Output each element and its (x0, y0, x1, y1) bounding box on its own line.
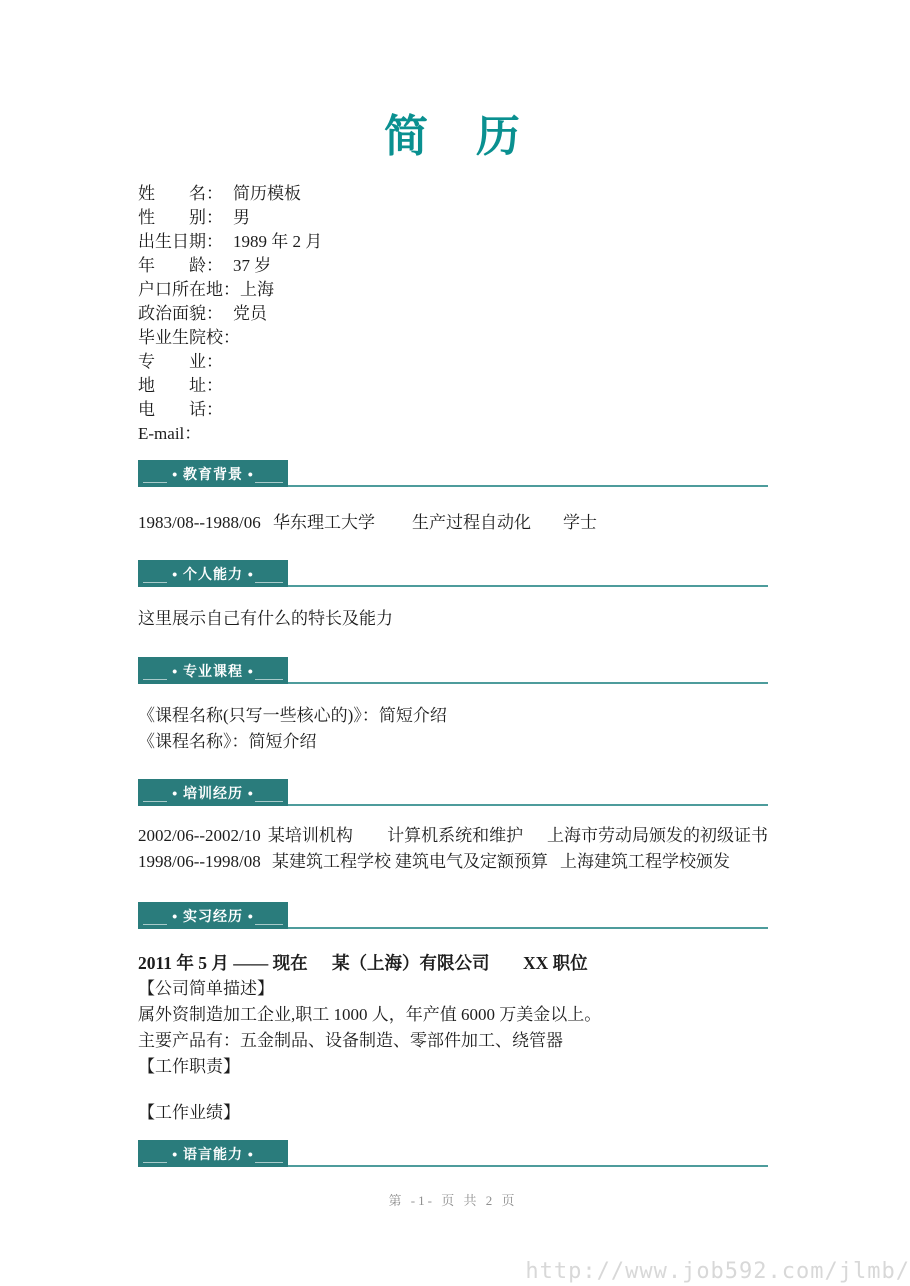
training-cert: 上海建筑工程学校颁发 (560, 849, 730, 875)
info-label: 年 龄： (138, 254, 233, 278)
training-list: 2002/06--2002/10 某培训机构 计算机系统和维护 上海市劳动局颁发… (138, 823, 768, 875)
training-period: 1998/06--1998/08 (138, 849, 272, 875)
info-value: 1989 年 2 月 (233, 232, 322, 251)
education-degree: 学士 (563, 511, 597, 535)
section-title-education: • 教育背景 • (172, 464, 254, 484)
info-value: 党员 (233, 304, 267, 323)
section-header-internship: • 实习经历 • (138, 904, 768, 929)
achievements-header: 【工作业绩】 (138, 1100, 768, 1126)
info-label: E-mail： (138, 422, 233, 446)
education-period: 1983/08--1988/06 (138, 511, 273, 535)
section-header-education: • 教育背景 • (138, 462, 768, 487)
section-bar-language: • 语言能力 • (138, 1140, 288, 1167)
info-row-birthdate: 出生日期：1989 年 2 月 (138, 230, 768, 254)
training-course: 计算机系统和维护 (387, 823, 547, 849)
internship-period: 2011 年 5 月 —— 现在 (138, 950, 332, 976)
internship-details: 【公司简单描述】 属外资制造加工企业,职工 1000 人，年产值 6000 万美… (138, 976, 768, 1126)
section-header-training: • 培训经历 • (138, 781, 768, 806)
info-value: 上海 (240, 280, 274, 299)
company-desc-line: 属外资制造加工企业,职工 1000 人，年产值 6000 万美金以上。 (138, 1002, 768, 1028)
section-title-training: • 培训经历 • (172, 783, 254, 803)
info-label: 出生日期： (138, 230, 233, 254)
info-row-political-status: 政治面貌：党员 (138, 302, 768, 326)
education-major: 生产过程自动化 (412, 511, 563, 535)
training-cert: 上海市劳动局颁发的初级证书 (547, 823, 768, 849)
section-bar-internship: • 实习经历 • (138, 902, 288, 929)
training-course: 建筑电气及定额预算 (395, 849, 560, 875)
ability-text: 这里展示自己有什么的特长及能力 (138, 607, 768, 631)
training-row: 2002/06--2002/10 某培训机构 计算机系统和维护 上海市劳动局颁发… (138, 823, 768, 849)
course-list: 《课程名称(只写一些核心的)》：简短介绍 《课程名称》：简短介绍 (138, 703, 768, 755)
course-line: 《课程名称》：简短介绍 (138, 729, 768, 755)
info-label: 户口所在地： (138, 278, 240, 302)
page-number-footer: 第 -1- 页 共 2 页 (138, 1190, 768, 1209)
company-desc-line: 主要产品有：五金制品、设备制造、零部件加工、绕管器 (138, 1028, 768, 1054)
education-school: 华东理工大学 (273, 511, 412, 535)
training-period: 2002/06--2002/10 (138, 823, 268, 849)
info-label: 姓 名： (138, 182, 233, 206)
info-label: 政治面貌： (138, 302, 233, 326)
info-value: 简历模板 (233, 184, 301, 203)
section-bar-courses: • 专业课程 • (138, 657, 288, 684)
watermark-url: http://www.job592.com/jlmb/ (525, 1259, 910, 1284)
blank-line (138, 1080, 768, 1100)
info-row-major: 专 业： (138, 350, 768, 374)
resume-content: 简 历 姓 名：简历模板 性 别：男 出生日期：1989 年 2 月 年 龄：3… (138, 0, 768, 1167)
info-label: 毕业生院校： (138, 326, 240, 350)
internship-header-row: 2011 年 5 月 —— 现在 某（上海）有限公司 XX 职位 (138, 950, 768, 976)
info-row-phone: 电 话： (138, 398, 768, 422)
internship-position: XX 职位 (523, 950, 588, 976)
section-bar-education: • 教育背景 • (138, 460, 288, 487)
section-title-internship: • 实习经历 • (172, 906, 254, 926)
personal-info-list: 姓 名：简历模板 性 别：男 出生日期：1989 年 2 月 年 龄：37 岁 … (138, 182, 768, 446)
info-row-name: 姓 名：简历模板 (138, 182, 768, 206)
info-value: 男 (233, 208, 250, 227)
section-header-ability: • 个人能力 • (138, 562, 768, 587)
training-org: 某建筑工程学校 (272, 849, 395, 875)
training-org: 某培训机构 (268, 823, 387, 849)
info-row-address: 地 址： (138, 374, 768, 398)
section-title-courses: • 专业课程 • (172, 661, 254, 681)
info-row-school: 毕业生院校： (138, 326, 768, 350)
section-header-language: • 语言能力 • (138, 1142, 768, 1167)
info-row-residence: 户口所在地：上海 (138, 278, 768, 302)
company-desc-header: 【公司简单描述】 (138, 976, 768, 1002)
page-title: 简 历 (138, 110, 768, 164)
section-header-courses: • 专业课程 • (138, 659, 768, 684)
info-label: 电 话： (138, 398, 233, 422)
education-row: 1983/08--1988/06 华东理工大学 生产过程自动化 学士 (138, 511, 768, 535)
duties-header: 【工作职责】 (138, 1054, 768, 1080)
section-bar-ability: • 个人能力 • (138, 560, 288, 587)
internship-company: 某（上海）有限公司 (332, 950, 523, 976)
info-row-email: E-mail： (138, 422, 768, 446)
info-row-age: 年 龄：37 岁 (138, 254, 768, 278)
training-row: 1998/06--1998/08 某建筑工程学校 建筑电气及定额预算 上海建筑工… (138, 849, 768, 875)
course-line: 《课程名称(只写一些核心的)》：简短介绍 (138, 703, 768, 729)
info-value: 37 岁 (233, 256, 271, 275)
info-label: 地 址： (138, 374, 233, 398)
info-label: 专 业： (138, 350, 233, 374)
info-row-gender: 性 别：男 (138, 206, 768, 230)
section-title-ability: • 个人能力 • (172, 564, 254, 584)
info-label: 性 别： (138, 206, 233, 230)
section-bar-training: • 培训经历 • (138, 779, 288, 806)
resume-page: 简 历 姓 名：简历模板 性 别：男 出生日期：1989 年 2 月 年 龄：3… (0, 0, 910, 1286)
section-title-language: • 语言能力 • (172, 1144, 254, 1164)
